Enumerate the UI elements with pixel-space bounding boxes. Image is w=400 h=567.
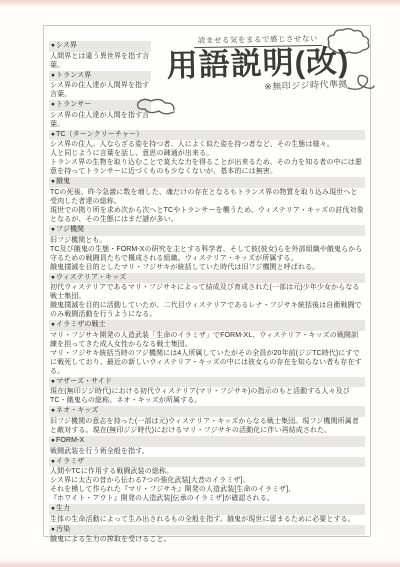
entry-definition: 生体の生命活動によって生み出されるもの全般を指す。餓鬼が現世に留まるために必要と…: [49, 515, 365, 524]
entry-term: 汚染: [56, 526, 70, 533]
entry-term: ウィステリア・キッズ: [56, 274, 126, 281]
bullet-icon: ●: [51, 72, 55, 79]
definition-line: 餓鬼による生力の搾取を受けること。: [49, 535, 365, 544]
entry-term-row: ●FORM-X: [49, 436, 365, 447]
bullet-icon: ●: [51, 526, 55, 533]
bullet-icon: ●: [51, 437, 55, 444]
bullet-icon: ●: [51, 321, 55, 328]
glossary-entry: ●ネオ・キッズ 旧フジ機関の意志を持った(一部は元)ウィステリア・キッズからなる…: [49, 406, 365, 435]
glossary-entry: ●汚染 餓鬼による生力の搾取を受けること。: [49, 525, 365, 545]
entry-definition: マリ・フジサキ開発の人造武装「生命のイラミザ」でFORM-XL、ウィステリア・キ…: [49, 331, 365, 376]
photo-edge-top: [0, 0, 400, 7]
entry-definition: 旧フジ機関とも。TC及び餓鬼の生態・FORM-Xの研究を主とする科学者、そして彼…: [49, 236, 365, 272]
entry-term: イラミザの戦士: [56, 321, 106, 328]
entry-definition: シス界の住人。人ならざる姿を持つ者、人によく似た姿を持つ者など、その生態は様々。…: [49, 140, 365, 176]
entry-term-row: ●生力: [49, 504, 365, 515]
entry-term: FORM-X: [56, 437, 84, 444]
glossary-entry: ●イラミザの戦士 マリ・フジサキ開発の人造武装「生命のイラミザ」でFORM-XL…: [49, 320, 365, 376]
definition-line: 人と同じように言葉を話し、意思の疎通が出来る。: [49, 149, 365, 158]
definition-line: 餓鬼撲滅を目的に活動していたが、二代目ウィステリアであるレナ・フジサキ統括後は自…: [49, 301, 365, 319]
definition-line: TCの死後、昨今急激に数を増した、魂だけの存在となるもトランス界の物質を取り込み…: [49, 188, 365, 206]
definition-line: マリ・フジサキ統括当時のフジ機関には4人所属していたがその全員が20年前(ジジT…: [49, 349, 365, 376]
entry-term: トランス界: [56, 72, 91, 79]
definition-line: シス界に太古の昔から伝わる7つの強化武装[大昔のイラミザ]、: [49, 476, 365, 485]
entry-term-row: ●ウィステリア・キッズ: [49, 273, 365, 284]
entry-term-row: ●トランス界: [49, 71, 151, 82]
cloud-doodle-icon: [134, 97, 176, 117]
bullet-icon: ●: [51, 131, 55, 138]
definition-line: トランス界の生物を取り込むことで莫大な力を得ることが出来るため、その力を知る者の…: [49, 158, 365, 176]
photo-edge-bottom: [0, 559, 400, 567]
entry-term: TC（ターンクリーチャー）: [56, 131, 143, 138]
definition-line: TC及び餓鬼の生態・FORM-Xの研究を主とする科学者、そして彼(彼女)らを外部…: [49, 245, 365, 263]
definition-line: 旧フジ機関の意志を持った(一部は元)ウィステリア・キッズからなる戦士集団。現フジ…: [49, 417, 365, 435]
definition-line: 戦闘武装を行う術全般を指す。: [49, 447, 365, 456]
glossary-entry: ●マザーズ・サイド 現在(無印ジジ時代)における初代ウィステリア(マリ・フジサキ…: [49, 377, 365, 406]
entry-term: マザーズ・サイド: [56, 378, 112, 385]
bullet-icon: ●: [51, 42, 55, 49]
definition-line: 現世での拠り所を求め次から次へとTCやトランサーを襲うため、ウィステリア・キッズ…: [49, 206, 365, 224]
entry-definition: TCの死後、昨今急激に数を増した、魂だけの存在となるもトランス界の物質を取り込み…: [49, 188, 365, 224]
entry-term: フジ機関: [56, 226, 84, 233]
glossary-entry: ●フジ機関 旧フジ機関とも。TC及び餓鬼の生態・FORM-Xの研究を主とする科学…: [49, 225, 365, 272]
page-frame: 読ませる気をまるで感じさせない 用語説明(改) ※無印ジジ時代準拠 ●シス界 人…: [43, 25, 371, 537]
entry-term-row: ●マザーズ・サイド: [49, 377, 365, 388]
entry-term: ネオ・キッズ: [56, 407, 98, 414]
entry-definition: 戦闘武装を行う術全般を指す。: [49, 447, 365, 456]
bullet-icon: ●: [51, 458, 55, 465]
bullet-icon: ●: [51, 505, 55, 512]
bullet-icon: ●: [51, 378, 55, 385]
entry-term-row: ●イラミザの戦士: [49, 320, 365, 331]
definition-line: 初代ウィステリアであるマリ・フジサキによって結成及び育成された(一部は元)少年少…: [49, 283, 365, 301]
entry-definition: 餓鬼による生力の搾取を受けること。: [49, 535, 365, 544]
definition-line: シス界の住人。人ならざる姿を持つ者、人によく似た姿を持つ者など、その生態は様々。: [49, 140, 365, 149]
definition-line: 『ホワイト・アウト』開発の人造武装[伝承のイラミザ]が確認される。: [49, 494, 365, 503]
entry-term-row: ●汚染: [49, 525, 365, 536]
entry-definition: 現在(無印ジジ時代)における初代ウィステリア(マリ・フジサキ)の指示のもと活動す…: [49, 387, 365, 405]
bullet-icon: ●: [51, 178, 55, 185]
entry-term-row: ●TC（ターンクリーチャー）: [49, 130, 365, 141]
entry-term-row: ●ネオ・キッズ: [49, 406, 365, 417]
entry-definition: 旧フジ機関の意志を持った(一部は元)ウィステリア・キッズからなる戦士集団。現フジ…: [49, 417, 365, 435]
entry-definition: 人間やTCに作用する戦闘武装の総称。シス界に太古の昔から伝わる7つの強化武装[大…: [49, 467, 365, 503]
definition-line: それを模して作られた『マリ・フジサキ』開発の人造武装[生命のイラミザ]、: [49, 485, 365, 494]
glossary-entry: ●生力 生体の生命活動によって生み出されるもの全般を指す。餓鬼が現世に留まるため…: [49, 504, 365, 524]
definition-line: マリ・フジサキ開発の人造武装「生命のイラミザ」でFORM-XL、ウィステリア・キ…: [49, 331, 365, 349]
entry-definition: 初代ウィステリアであるマリ・フジサキによって結成及び育成された(一部は元)少年少…: [49, 283, 365, 319]
glossary-entry: ●餓鬼 TCの死後、昨今急激に数を増した、魂だけの存在となるもトランス界の物質を…: [49, 177, 365, 224]
bullet-icon: ●: [51, 101, 55, 108]
glossary-entry: ●FORM-X 戦闘武装を行う術全般を指す。: [49, 436, 365, 456]
bullet-icon: ●: [51, 274, 55, 281]
entry-term-row: ●フジ機関: [49, 225, 365, 236]
definition-line: 人間やTCに作用する戦闘武装の総称。: [49, 467, 365, 476]
entry-term-row: ●餓鬼: [49, 177, 365, 188]
glossary-entry: ●イラミザ 人間やTCに作用する戦闘武装の総称。シス界に太古の昔から伝わる7つの…: [49, 457, 365, 504]
entry-term-row: ●イラミザ: [49, 457, 365, 468]
definition-line: 餓鬼撲滅を目的としたマリ・フジサキが統括していた時代は旧フジ機関と呼ばれる。: [49, 263, 365, 272]
bullet-icon: ●: [51, 226, 55, 233]
definition-line: 旧フジ機関とも。: [49, 236, 365, 245]
entry-term-row: ●シス界: [49, 41, 151, 52]
glossary-entry: ●ウィステリア・キッズ 初代ウィステリアであるマリ・フジサキによって結成及び育成…: [49, 273, 365, 320]
entry-term: 生力: [56, 505, 70, 512]
definition-line: 現在(無印ジジ時代)における初代ウィステリア(マリ・フジサキ)の指示のもと活動す…: [49, 387, 365, 405]
entry-term: 餓鬼: [56, 178, 70, 185]
title-block: 読ませる気をまるで感じさせない 用語説明(改) ※無印ジジ時代準拠: [148, 29, 368, 115]
entry-term: イラミザ: [56, 458, 84, 465]
definition-line: 生体の生命活動によって生み出されるもの全般を指す。餓鬼が現世に留まるために必要と…: [49, 515, 365, 524]
glossary-entry: ●TC（ターンクリーチャー） シス界の住人。人ならざる姿を持つ者、人によく似た姿…: [49, 130, 365, 177]
bullet-icon: ●: [51, 407, 55, 414]
entry-term: シス界: [56, 42, 77, 49]
entry-term: トランサー: [56, 101, 92, 108]
